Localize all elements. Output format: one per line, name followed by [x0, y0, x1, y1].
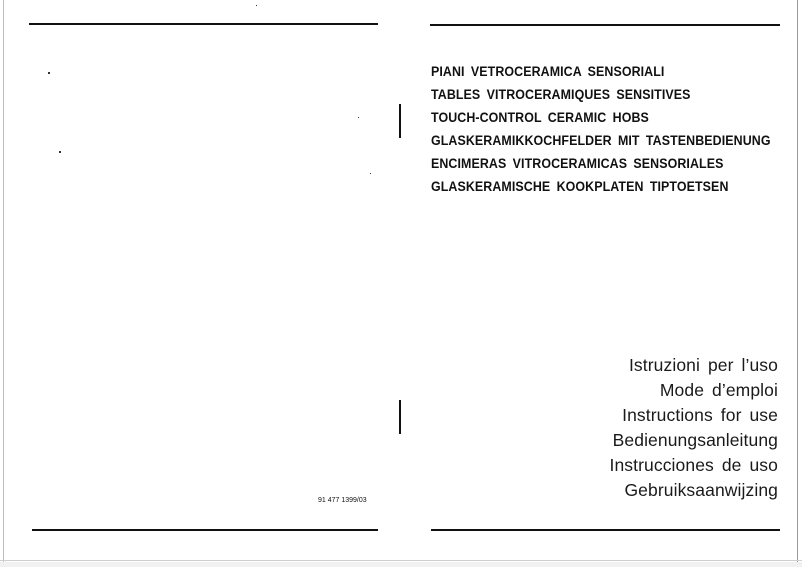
title-french: TABLES VITROCERAMIQUES SENSITIVES [431, 83, 771, 106]
right-page-bottom-rule [431, 529, 780, 531]
fold-mark-bottom [399, 400, 401, 434]
scan-speck [358, 117, 359, 118]
instructions-german: Bedienungsanleitung [609, 428, 778, 453]
instructions-italian: Istruzioni per l’uso [609, 353, 778, 378]
scan-speck [48, 72, 50, 74]
scan-left-edge [3, 0, 4, 562]
instruction-labels: Istruzioni per l’uso Mode d’emploi Instr… [609, 353, 778, 503]
title-english: TOUCH-CONTROL CERAMIC HOBS [431, 106, 771, 129]
title-dutch: GLASKERAMISCHE KOOKPLATEN TIPTOETSEN [431, 175, 771, 198]
scan-speck [370, 173, 371, 174]
fold-mark-top [399, 104, 401, 138]
title-italian: PIANI VETROCERAMICA SENSORIALI [431, 60, 771, 83]
instructions-english: Instructions for use [609, 403, 778, 428]
product-titles: PIANI VETROCERAMICA SENSORIALI TABLES VI… [431, 60, 800, 198]
scan-bottom-edge [0, 560, 802, 561]
scan-bottom-band [0, 562, 802, 567]
title-spanish: ENCIMERAS VITROCERAMICAS SENSORIALES [431, 152, 771, 175]
document-code: 91 477 1399/03 [318, 497, 367, 504]
instructions-spanish: Instrucciones de uso [609, 453, 778, 478]
scan-speck [256, 5, 257, 6]
title-german: GLASKERAMIKKOCHFELDER MIT TASTENBEDIENUN… [431, 129, 771, 152]
right-page-top-rule [430, 24, 780, 26]
instructions-french: Mode d’emploi [609, 378, 778, 403]
scan-speck [59, 151, 61, 153]
left-page-top-rule [29, 23, 378, 25]
instructions-dutch: Gebruiksaanwijzing [609, 478, 778, 503]
left-page-bottom-rule [32, 529, 378, 531]
